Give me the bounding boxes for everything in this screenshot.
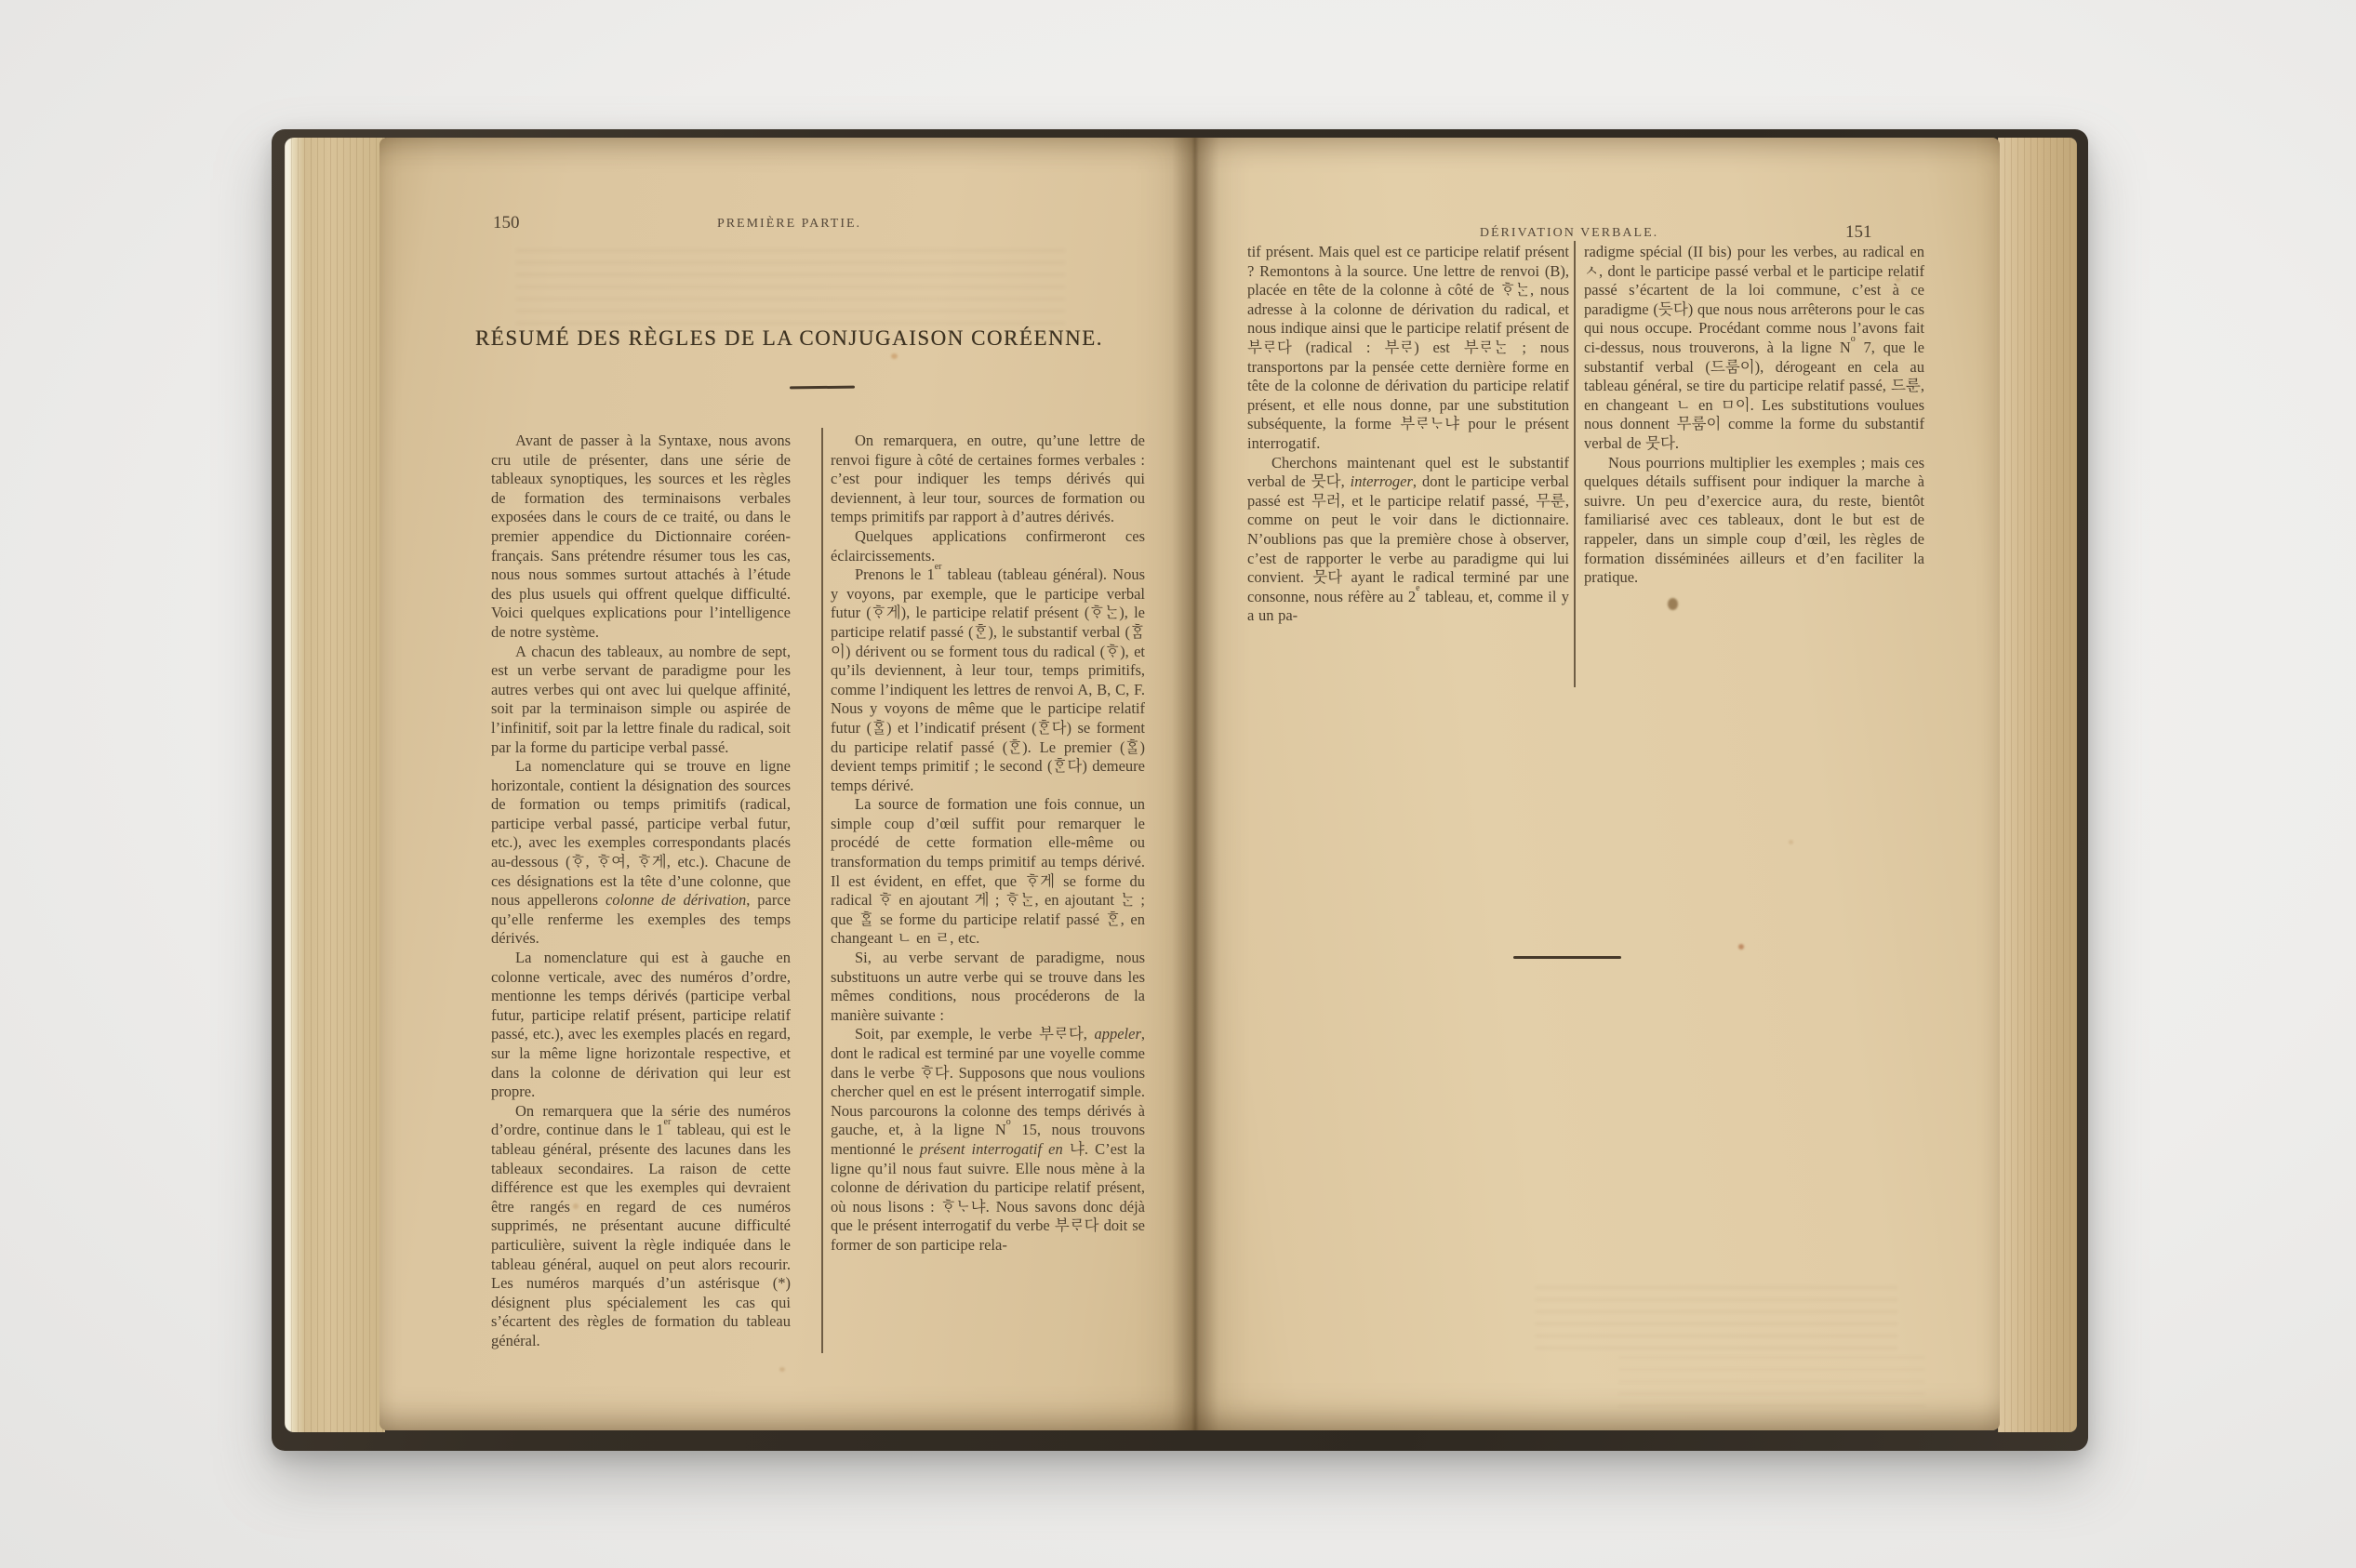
- show-through: [1535, 1286, 1897, 1351]
- paragraph: Si, au verbe servant de paradigme, nous …: [831, 949, 1145, 1025]
- paragraph: A chacun des tableaux, au nombre de sept…: [491, 643, 791, 758]
- paragraph: La source de formation une fois connue, …: [831, 795, 1145, 949]
- foxing-spot: [779, 1367, 785, 1372]
- paragraph: radigme spécial (II bis) pour les verbes…: [1584, 243, 1924, 454]
- paragraph: tif présent. Mais quel est ce participe …: [1247, 243, 1569, 454]
- paragraph: On remarquera que la série des numéros d…: [491, 1102, 791, 1351]
- paragraph: Nous pourrions multiplier les exemples ;…: [1584, 454, 1924, 588]
- ink-stain: [1668, 598, 1678, 610]
- page-edges-left: [285, 138, 385, 1432]
- show-through: [516, 249, 1065, 333]
- left-running-header: PREMIÈRE PARTIE.: [384, 217, 1194, 232]
- page-edges-right: [1998, 138, 2077, 1432]
- right-running-header: DÉRIVATION VERBALE.: [1244, 226, 1895, 241]
- photo-background: 150 PREMIÈRE PARTIE. RÉSUMÉ DES RÈGLES D…: [0, 0, 2356, 1568]
- paragraph: On remarquera, en outre, qu’une lettre d…: [831, 432, 1145, 527]
- foxing-spot: [1738, 944, 1744, 950]
- paragraph: La nomenclature qui se trouve en ligne h…: [491, 757, 791, 949]
- foxing-spot: [1789, 840, 1793, 844]
- left-column-1: Avant de passer à la Syntaxe, nous avons…: [491, 432, 791, 1351]
- section-end-rule: [1513, 956, 1621, 959]
- right-column-divider: [1574, 241, 1576, 687]
- left-column-2: On remarquera, en outre, qu’une lettre d…: [831, 432, 1145, 1256]
- right-column-2: radigme spécial (II bis) pour les verbes…: [1584, 243, 1924, 588]
- paragraph: Avant de passer à la Syntaxe, nous avons…: [491, 432, 791, 643]
- foxing-spot: [891, 353, 898, 359]
- paragraph: Quelques applications confirmeront ces é…: [831, 527, 1145, 565]
- right-column-1: tif présent. Mais quel est ce participe …: [1247, 243, 1569, 626]
- paragraph: La nomenclature qui est à gauche en colo…: [491, 949, 791, 1102]
- paragraph: Soit, par exemple, le verbe 부ᄅᆞ다, appele…: [831, 1025, 1145, 1255]
- left-column-divider: [821, 428, 823, 1353]
- paragraph: Prenons le 1er tableau (tableau général)…: [831, 565, 1145, 795]
- paragraph: Cherchons maintenant quel est le substan…: [1247, 454, 1569, 626]
- chapter-title: RÉSUMÉ DES RÈGLES DE LA CONJUGAISON CORÉ…: [384, 326, 1194, 351]
- show-through: [1618, 1356, 1925, 1410]
